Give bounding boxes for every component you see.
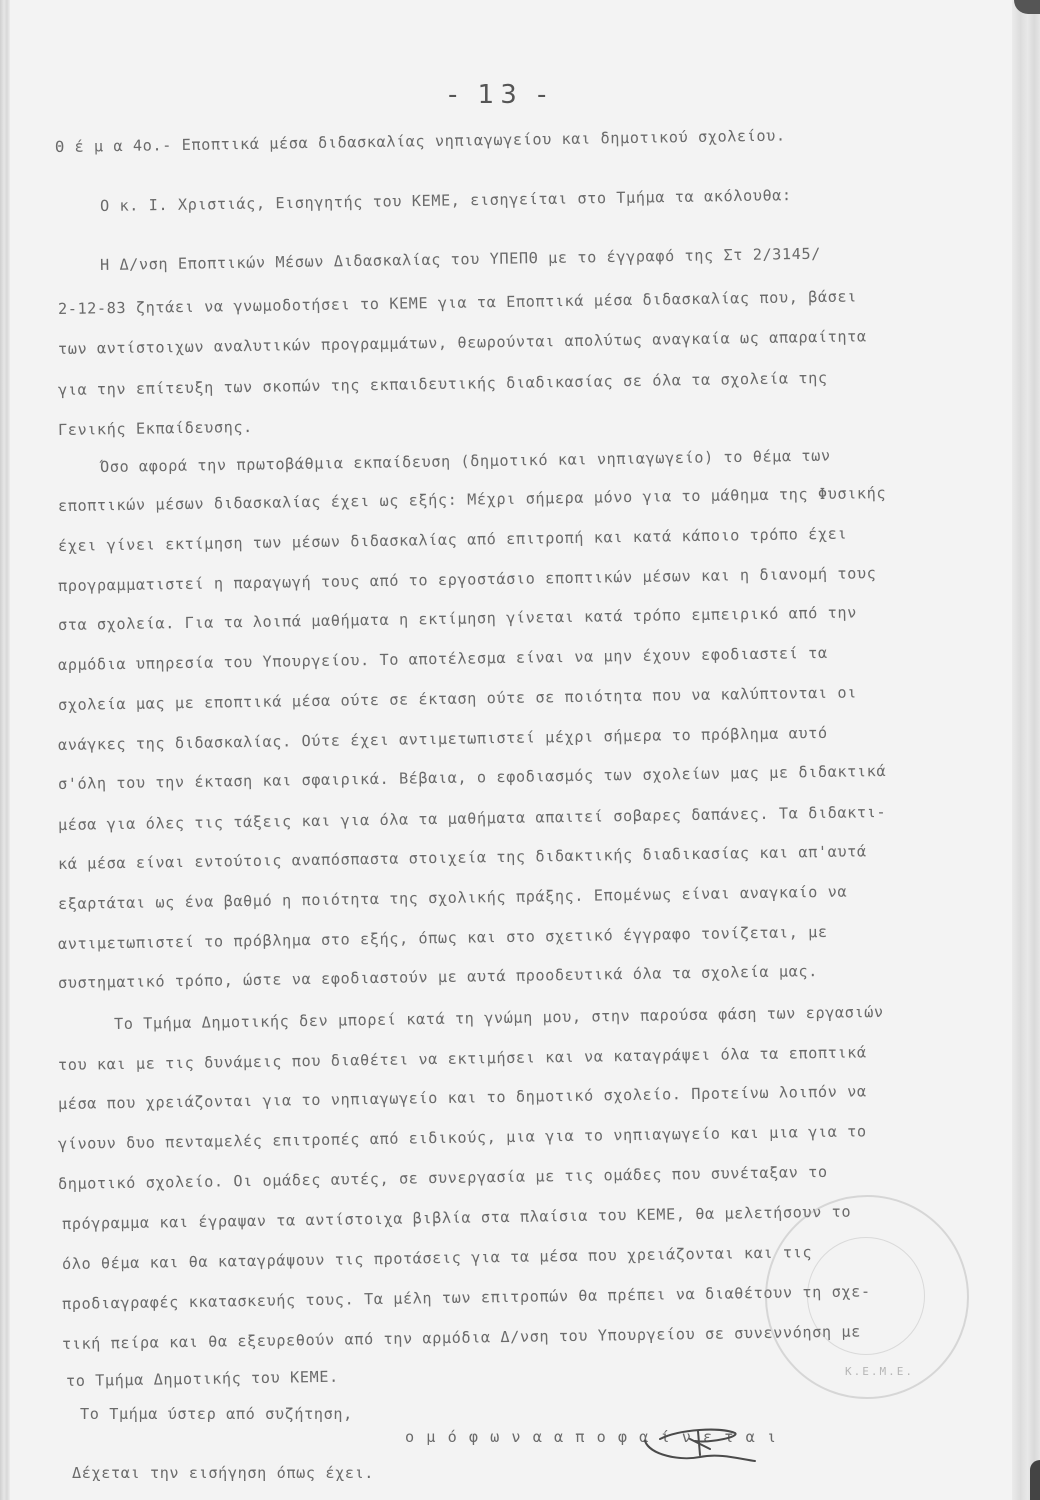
intro-line: Ο κ. Ι. Χριστιάς, Εισηγητής του ΚΕΜΕ, ει… bbox=[100, 186, 792, 215]
page-bottom-corner-shadow bbox=[1030, 1460, 1040, 1500]
paragraph-3-line: του και με τις δυνάμεις που διαθέτει να … bbox=[58, 1043, 867, 1074]
paragraph-3-line: το Τμήμα Δημοτικής του ΚΕΜΕ. bbox=[66, 1368, 339, 1390]
paragraph-1-line: 2-12-83 ζητάει να γνωμοδοτήσει το ΚΕΜΕ γ… bbox=[58, 287, 857, 318]
paragraph-2-line: έχει γίνει εκτίμηση των μέσων διδασκαλία… bbox=[58, 525, 847, 555]
page-number: - 13 - bbox=[448, 80, 552, 110]
paragraph-3-line: όλο θέμα και θα καταγράψουν τις προτάσει… bbox=[62, 1243, 812, 1273]
paragraph-1-line: για την επίτευξη των σκοπών της εκπαιδευ… bbox=[58, 369, 828, 399]
paragraph-2-line: στα σχολεία. Για τα λοιπά μαθήματα η εκτ… bbox=[58, 603, 857, 634]
paragraph-3-line: Το Τμήμα Δημοτικής δεν μπορεί κατά τη γν… bbox=[114, 1003, 884, 1033]
paragraph-2-line: εποπτικών μέσων διδασκαλίας έχει ως εξής… bbox=[58, 484, 886, 515]
paragraph-1-line: Η Δ/νση Εποπτικών Μέσων Διδασκαλίας του … bbox=[100, 245, 821, 274]
official-stamp: Κ.Ε.Μ.Ε. bbox=[765, 1195, 969, 1399]
paragraph-2-line: κά μέσα είναι εντούτοις αναπόσπαστα στοι… bbox=[58, 842, 867, 873]
decision-preamble: Το Τμήμα ύστερ από συζήτηση, bbox=[80, 1405, 353, 1423]
paragraph-2-line: αντιμετωπιστεί το πρόβλημα στο εξής, όπω… bbox=[58, 923, 828, 953]
scanned-document-page: - 13 - Θ έ μ α 4ο.- Εποπτικά μέσα διδασκ… bbox=[0, 0, 1040, 1500]
paragraph-2-line: συστηματικό τρόπο, ώστε να εφοδιαστούν μ… bbox=[58, 962, 818, 992]
page-right-edge bbox=[1012, 0, 1040, 1500]
paragraph-2-line: ανάγκες της διδασκαλίας. Ούτε έχει αντιμ… bbox=[58, 724, 828, 754]
paragraph-3-line: προδιαγραφές κκατασκευής τους. Τα μέλη τ… bbox=[62, 1282, 871, 1313]
paragraph-3-line: πρόγραμμα και έγραψαν τα αντίστοιχα βιβλ… bbox=[62, 1203, 851, 1233]
paragraph-2-line: σ'όλη του την έκταση και σφαιρικά. Βέβαι… bbox=[58, 762, 886, 793]
paragraph-3-line: μέσα που χρειάζονται για το νηπιαγωγείο … bbox=[58, 1082, 867, 1113]
page-left-edge bbox=[0, 0, 10, 1500]
paragraph-2-line: προγραμματιστεί η παραγωγή τους από το ε… bbox=[58, 564, 877, 595]
decision-conclusion: Δέχεται την εισήγηση όπως έχει. bbox=[72, 1464, 374, 1482]
paragraph-1-line: των αντίστοιχων αναλυτικών προγραμμάτων,… bbox=[58, 327, 867, 358]
handwritten-signature-icon bbox=[640, 1425, 760, 1465]
paragraph-3-line: δημοτικό σχολείο. Οι ομάδες αυτές, σε συ… bbox=[58, 1163, 828, 1193]
stamp-label: Κ.Ε.Μ.Ε. bbox=[845, 1365, 914, 1378]
paragraph-3-line: τική πείρα και θα εξευρεθούν από την αρμ… bbox=[62, 1322, 861, 1353]
paragraph-3-line: γίνουν δυο πενταμελές επιτροπές από ειδι… bbox=[58, 1122, 867, 1153]
topic-title: Θ έ μ α 4ο.- Εποπτικά μέσα διδασκαλίας ν… bbox=[55, 127, 786, 156]
paragraph-2-line: σχολεία μας με εποπτικά μέσα ούτε σε έκτ… bbox=[58, 683, 857, 714]
paragraph-2-line: εξαρτάται ως ένα βαθμό η ποιότητα της σχ… bbox=[58, 883, 847, 913]
paragraph-1-line: Γενικής Εκπαίδευσης. bbox=[58, 418, 253, 439]
paragraph-2-line: Όσο αφορά την πρωτοβάθμια εκπαίδευση (δη… bbox=[100, 447, 831, 476]
paragraph-2-line: αρμόδια υπηρεσία του Υπουργείου. Το αποτ… bbox=[58, 644, 828, 674]
paragraph-2-line: μέσα για όλες τις τάξεις και για όλα τα … bbox=[58, 803, 886, 834]
